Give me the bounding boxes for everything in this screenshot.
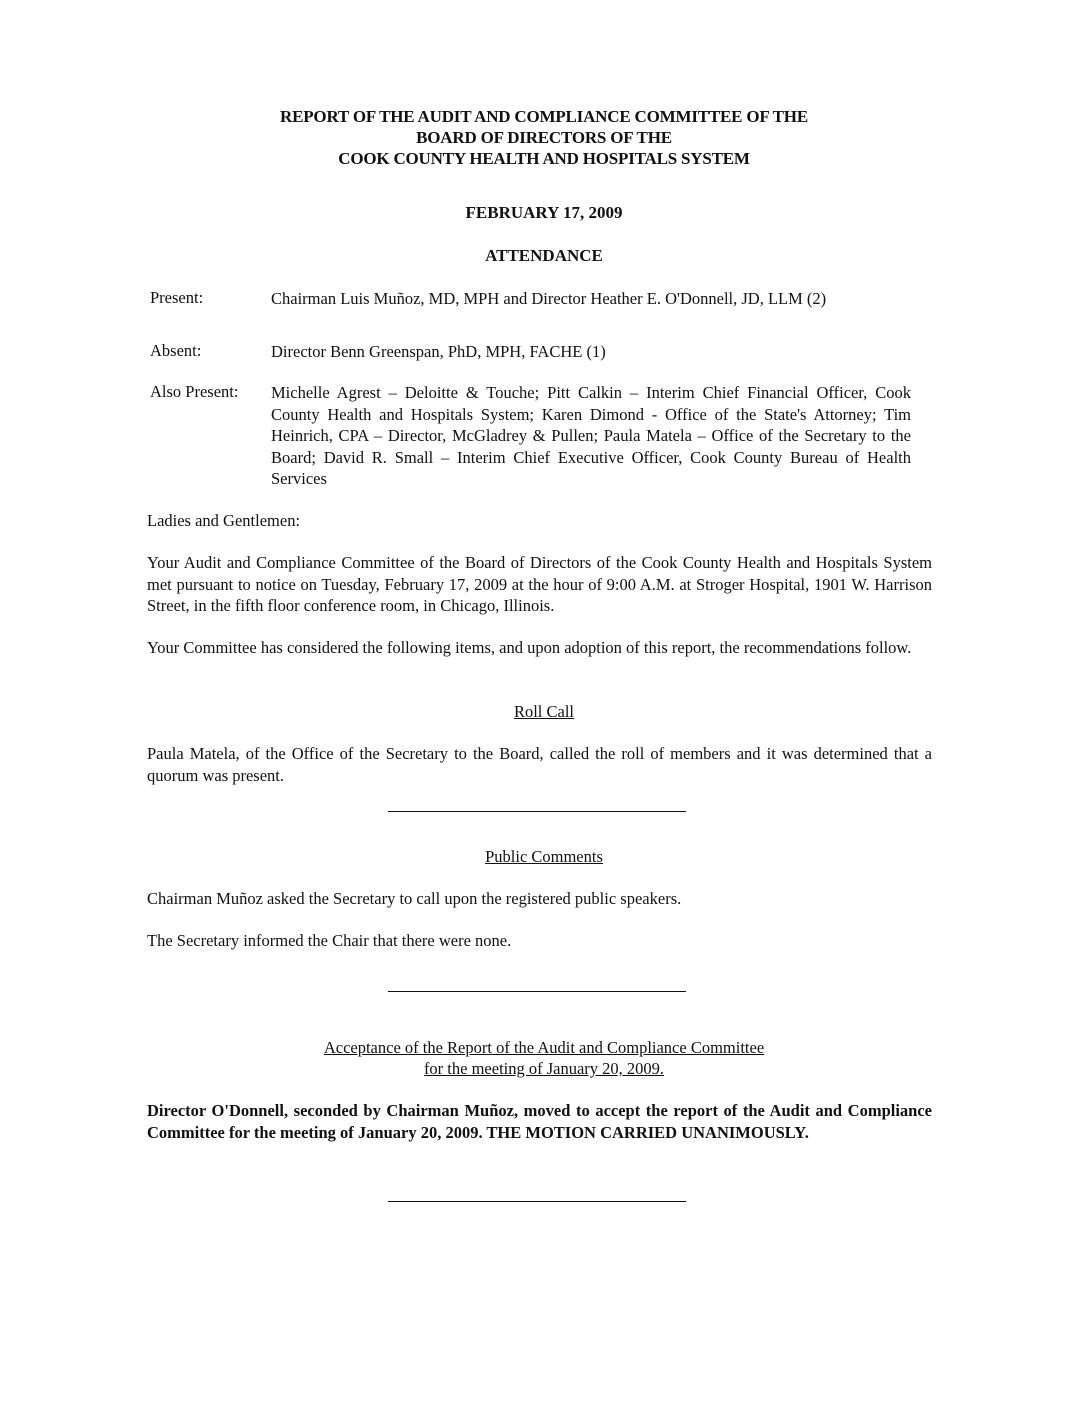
public-comments-text-1: Chairman Muñoz asked the Secretary to ca…: [147, 888, 932, 910]
absent-label: Absent:: [150, 341, 201, 361]
report-title: REPORT OF THE AUDIT AND COMPLIANCE COMMI…: [0, 106, 1088, 169]
title-line-2: BOARD OF DIRECTORS OF THE: [0, 127, 1088, 148]
present-value: Chairman Luis Muñoz, MD, MPH and Directo…: [271, 288, 911, 310]
acceptance-heading-line-1: Acceptance of the Report of the Audit an…: [0, 1037, 1088, 1058]
section-divider: [388, 1201, 686, 1202]
acceptance-text: Director O'Donnell, seconded by Chairman…: [147, 1100, 932, 1143]
salutation: Ladies and Gentlemen:: [147, 510, 932, 532]
attendance-heading: ATTENDANCE: [0, 246, 1088, 266]
title-line-1: REPORT OF THE AUDIT AND COMPLIANCE COMMI…: [0, 106, 1088, 127]
roll-call-heading: Roll Call: [0, 701, 1088, 722]
considered-paragraph: Your Committee has considered the follow…: [147, 637, 932, 659]
also-present-value: Michelle Agrest – Deloitte & Touche; Pit…: [271, 382, 911, 490]
absent-value: Director Benn Greenspan, PhD, MPH, FACHE…: [271, 341, 911, 363]
roll-call-text: Paula Matela, of the Office of the Secre…: [147, 743, 932, 786]
public-comments-heading: Public Comments: [0, 846, 1088, 867]
section-divider: [388, 811, 686, 812]
meeting-date: FEBRUARY 17, 2009: [0, 203, 1088, 223]
also-present-label: Also Present:: [150, 382, 238, 402]
title-line-3: COOK COUNTY HEALTH AND HOSPITALS SYSTEM: [0, 148, 1088, 169]
intro-paragraph: Your Audit and Compliance Committee of t…: [147, 552, 932, 617]
section-divider: [388, 991, 686, 992]
acceptance-heading-line-2: for the meeting of January 20, 2009.: [0, 1058, 1088, 1079]
present-label: Present:: [150, 288, 203, 308]
public-comments-text-2: The Secretary informed the Chair that th…: [147, 930, 932, 952]
